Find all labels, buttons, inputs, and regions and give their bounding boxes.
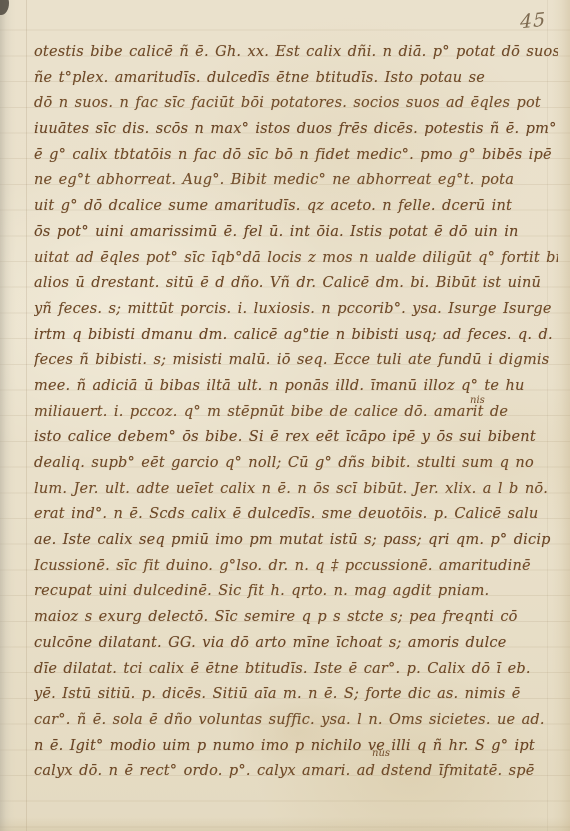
manuscript-line: feces ñ bibisti. s; misisti malū. iō seq… xyxy=(34,348,558,374)
manuscript-line: n ē. Igit° modio uim p numo imo p nichil… xyxy=(34,734,558,760)
manuscript-line: car°. ñ ē. sola ē dño voluntas suffic. y… xyxy=(34,708,558,734)
manuscript-line: maioz s exurg delectō. Sīc semire q p s … xyxy=(34,605,558,631)
manuscript-line: recupat uini dulcedinē. Sic fit h. qrto.… xyxy=(34,579,558,605)
page-edge-bottom xyxy=(0,817,570,831)
interlinear-superscript: nis xyxy=(470,396,485,406)
manuscript-line: calyx dō. n ē rect° ordo. p°. calyx amar… xyxy=(34,759,558,785)
manuscript-line: lum. Jer. ult. adte ueīet calix n ē. n ō… xyxy=(34,477,558,503)
manuscript-page: 45 otestis bibe calicē ñ ē. Gh. xx. Est … xyxy=(0,0,570,831)
manuscript-line: dō n suos. n fac sīc faciūt bōi potatore… xyxy=(34,91,558,117)
manuscript-line: dealiq. supb° eēt garcio q° noll; Cū g° … xyxy=(34,451,558,477)
manuscript-line: ñe t°plex. amaritudīs. dulcedīs ētne bti… xyxy=(34,66,558,92)
manuscript-line: isto calice debem° ōs bibe. Si ē rex eēt… xyxy=(34,425,558,451)
text-block: otestis bibe calicē ñ ē. Gh. xx. Est cal… xyxy=(34,40,558,785)
manuscript-line: alios ū drestant. sitū ē d dño. Vñ dr. C… xyxy=(34,271,558,297)
manuscript-line: irtm q bibisti dmanu dm. calicē ag°tie n… xyxy=(34,323,558,349)
manuscript-line: erat ind°. n ē. Scds calix ē dulcedīs. s… xyxy=(34,502,558,528)
manuscript-line: Icussionē. sīc fit duino. g°lso. dr. n. … xyxy=(34,554,558,580)
manuscript-line: yē. Istū sitiū. p. dicēs. Sitiū aīa m. n… xyxy=(34,682,558,708)
folio-number: 45 xyxy=(520,9,546,34)
manuscript-line: uit g° dō dcalice sume amaritudīs. qz ac… xyxy=(34,194,558,220)
manuscript-line: ōs pot° uini amarissimū ē. fel ū. int ōi… xyxy=(34,220,558,246)
manuscript-line: uitat ad ēqles pot° sīc īqb°dā locis z m… xyxy=(34,246,558,272)
manuscript-line: ne eg°t abhorreat. Aug°. Bibit medic° ne… xyxy=(34,168,558,194)
manuscript-line: dīe dilatat. tci calix ē ētne btitudīs. … xyxy=(34,657,558,683)
manuscript-line: culcōne dilatant. GG. via dō arto mīne ī… xyxy=(34,631,558,657)
interlinear-superscript: nus xyxy=(372,749,390,759)
manuscript-line: ē g° calix tbtatōis n fac dō sīc bō n fi… xyxy=(34,143,558,169)
ruling-line-vertical-left xyxy=(26,0,27,831)
manuscript-line: iuuātes sīc dis. scōs n max° istos duos … xyxy=(34,117,558,143)
manuscript-line: ae. Iste calix seq pmiū imo pm mutat ist… xyxy=(34,528,558,554)
manuscript-line: yñ feces. s; mittūt porcis. i. luxiosis.… xyxy=(34,297,558,323)
page-edge-left xyxy=(0,0,16,831)
manuscript-line: otestis bibe calicē ñ ē. Gh. xx. Est cal… xyxy=(34,40,558,66)
